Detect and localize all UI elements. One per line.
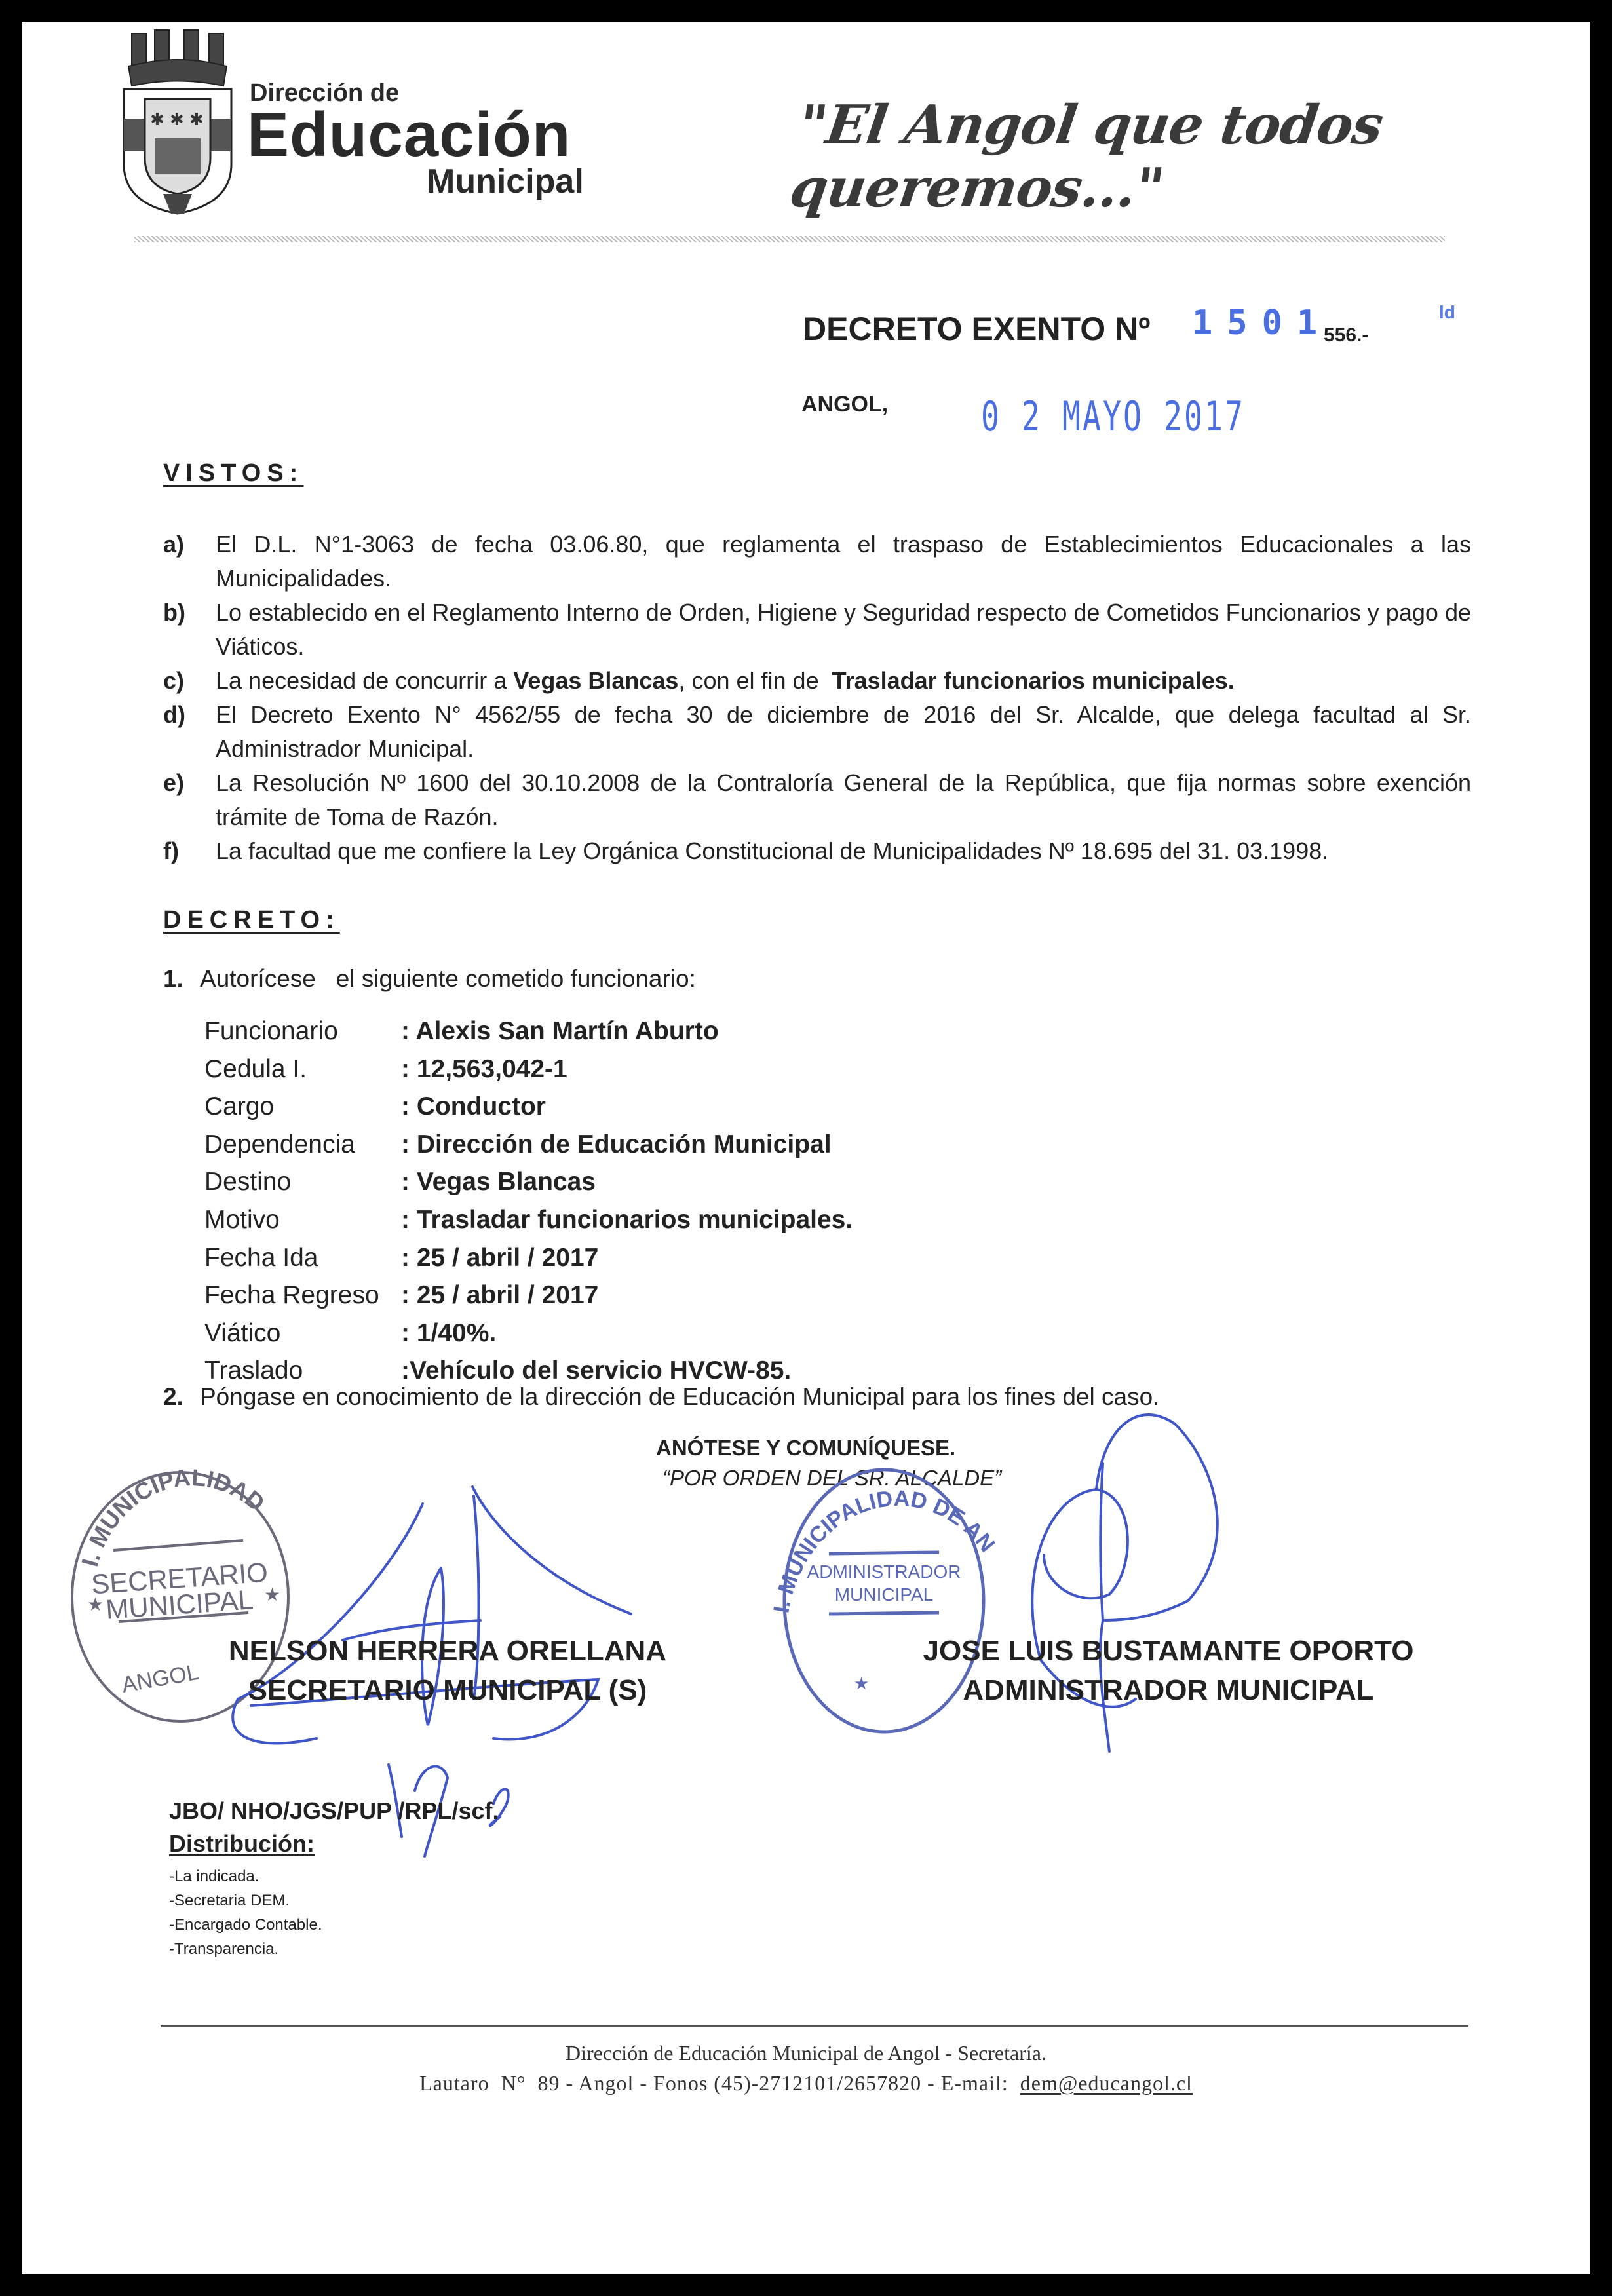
distribution-heading: Distribución: [169,1830,315,1858]
order-text: Autorícese el siguiente cometido funcion… [200,965,696,992]
field-label: Dependencia [204,1126,401,1164]
field-label: Fecha Ida [204,1239,401,1277]
place-label: ANGOL, [801,392,888,417]
item-label: b) [163,596,216,664]
field-value: : 25 / abril / 2017 [401,1239,598,1277]
assignment-field-row: Viático: 1/40%. [204,1314,853,1352]
footer-line-1: Dirección de Educación Municipal de Ango… [22,2041,1590,2065]
assignment-field-row: Fecha Ida: 25 / abril / 2017 [204,1239,853,1277]
date-stamp: 0 2 MAYO 2017 [981,392,1245,440]
order-1: 1.Autorícese el siguiente cometido funci… [163,965,696,993]
field-label: Fecha Regreso [204,1276,401,1314]
field-value: : Conductor [401,1088,546,1126]
anotese-text: ANÓTESE Y COMUNÍQUESE. [656,1436,955,1461]
signatory-1-name: NELSON HERRERA ORELLANA [212,1635,683,1668]
item-text: El Decreto Exento N° 4562/55 de fecha 30… [216,698,1471,766]
assignment-field-row: Funcionario: Alexis San Martín Aburto [204,1012,853,1050]
svg-text:✱: ✱ [150,110,164,130]
field-value: : 12,563,042-1 [401,1050,567,1088]
item-label: e) [163,766,216,834]
item-label: d) [163,698,216,766]
assignment-field-row: Cargo: Conductor [204,1088,853,1126]
order-2: 2.Póngase en conocimiento de la direcció… [163,1383,1159,1411]
brand-line-2: Educación [247,99,571,171]
por-orden-text: “POR ORDEN DEL SR. ALCALDE” [662,1466,1001,1491]
vistos-item: c) La necesidad de concurrir a Vegas Bla… [163,664,1471,698]
assignment-field-row: Destino: Vegas Blancas [204,1163,853,1201]
item-text: El D.L. N°1-3063 de fecha 03.06.80, que … [216,527,1471,596]
item-label: c) [163,664,216,698]
distribution-item: -Transparencia. [169,1937,322,1961]
svg-text:★: ★ [264,1584,280,1605]
svg-text:✱: ✱ [170,110,184,130]
brand-line-3: Municipal [427,162,584,201]
field-value: : Dirección de Educación Municipal [401,1126,832,1164]
field-label: Funcionario [204,1012,401,1050]
field-label: Cedula I. [204,1050,401,1088]
field-value: : 1/40%. [401,1314,496,1352]
coat-of-arms-icon: ✱✱✱ [119,27,237,217]
distribution-item: -Secretaria DEM. [169,1888,322,1913]
text-part: , con el fin de [678,667,832,694]
document-page: ✱✱✱ Dirección de Educación Municipal "El… [22,22,1590,2274]
field-value: : 25 / abril / 2017 [401,1276,598,1314]
signatory-2-role: ADMINISTRADOR MUNICIPAL [900,1674,1437,1707]
vistos-item: a) El D.L. N°1-3063 de fecha 03.06.80, q… [163,527,1471,596]
field-value: : Vegas Blancas [401,1163,596,1201]
vistos-item: e) La Resolución Nº 1600 del 30.10.2008 … [163,766,1471,834]
stamp-top-text: I. MUNICIPALIDAD [76,1464,270,1569]
signatory-2-name: JOSE LUIS BUSTAMANTE OPORTO [900,1635,1437,1668]
handwritten-mark: ld [1439,302,1455,323]
motto: "El Angol que todos queremos..." [786,94,1600,220]
svg-text:SECRETARIO: SECRETARIO [90,1557,269,1600]
item-text: La necesidad de concurrir a Vegas Blanca… [216,664,1471,698]
reference-initials: JBO/ NHO/JGS/PUP /RPL/scf. [169,1797,499,1825]
assignment-fields: Funcionario: Alexis San Martín AburtoCed… [204,1012,853,1390]
decree-typed-suffix: 556.- [1324,324,1368,347]
vistos-list: a) El D.L. N°1-3063 de fecha 03.06.80, q… [163,527,1471,868]
svg-text:✱: ✱ [189,110,204,130]
footer-divider [161,2025,1468,2027]
svg-text:MUNICIPAL: MUNICIPAL [105,1584,254,1625]
distribution-item: -Encargado Contable. [169,1913,322,1937]
vistos-item: d) El Decreto Exento N° 4562/55 de fecha… [163,698,1471,766]
vistos-heading: VISTOS: [163,459,303,488]
footer-address: Lautaro N° 89 - Angol - Fonos (45)-27121… [419,2071,1020,2095]
header-divider [134,236,1445,242]
svg-text:★: ★ [87,1594,104,1615]
svg-text:★: ★ [854,1674,869,1694]
item-text: La Resolución Nº 1600 del 30.10.2008 de … [216,766,1471,834]
motive-bold: Trasladar funcionarios municipales. [832,667,1235,694]
order-number: 1. [163,965,200,993]
order-text: Póngase en conocimiento de la dirección … [200,1383,1159,1410]
decreto-heading: DECRETO: [163,906,340,934]
text-part: La necesidad de concurrir a [216,667,513,694]
destination-bold: Vegas Blancas [513,667,678,694]
decree-stamp-number: 1501 [1192,303,1332,343]
svg-text:ADMINISTRADOR: ADMINISTRADOR [807,1561,961,1582]
vistos-item: f) La facultad que me confiere la Ley Or… [163,834,1471,868]
footer-email-link[interactable]: dem@educangol.cl [1020,2071,1193,2095]
vistos-item: b) Lo establecido en el Reglamento Inter… [163,596,1471,664]
field-value: : Alexis San Martín Aburto [401,1012,719,1050]
decree-title: DECRETO EXENTO Nº [803,310,1150,348]
field-label: Viático [204,1314,401,1352]
field-label: Destino [204,1163,401,1201]
field-label: Motivo [204,1201,401,1239]
footer-line-2: Lautaro N° 89 - Angol - Fonos (45)-27121… [22,2071,1590,2095]
distribution-item: -La indicada. [169,1864,322,1888]
assignment-field-row: Cedula I.: 12,563,042-1 [204,1050,853,1088]
field-label: Cargo [204,1088,401,1126]
signatory-1-role: SECRETARIO MUNICIPAL (S) [212,1674,683,1707]
order-number: 2. [163,1383,200,1411]
assignment-field-row: Dependencia: Dirección de Educación Muni… [204,1126,853,1164]
svg-text:MUNICIPAL: MUNICIPAL [835,1584,933,1605]
assignment-field-row: Fecha Regreso: 25 / abril / 2017 [204,1276,853,1314]
field-value: : Trasladar funcionarios municipales. [401,1201,853,1239]
svg-text:ANGOL: ANGOL [120,1660,201,1698]
item-text: Lo establecido en el Reglamento Interno … [216,596,1471,664]
item-label: f) [163,834,216,868]
assignment-field-row: Motivo: Trasladar funcionarios municipal… [204,1201,853,1239]
distribution-list: -La indicada.-Secretaria DEM.-Encargado … [169,1864,322,1961]
item-label: a) [163,527,216,596]
item-text: La facultad que me confiere la Ley Orgán… [216,834,1471,868]
